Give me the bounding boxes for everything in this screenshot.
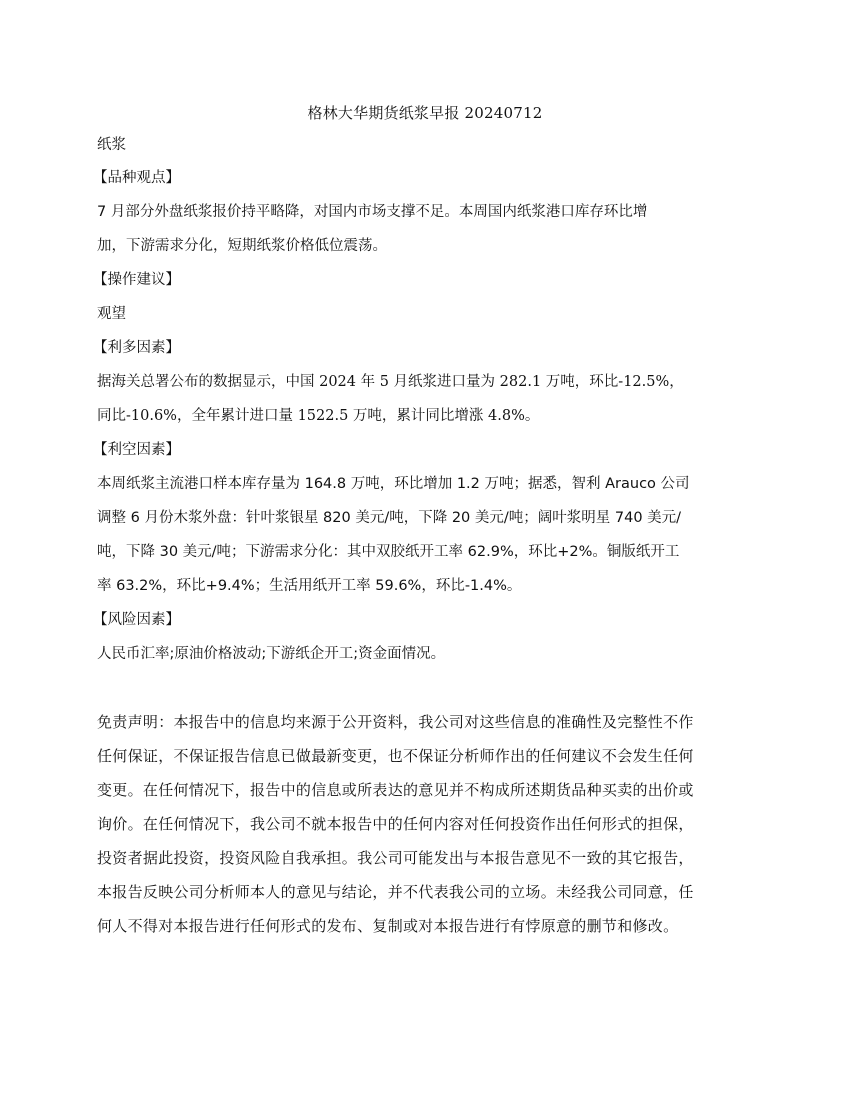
disclaimer-line-2: 任何保证，不保证报告信息已做最新变更，也不保证分析师作出的任何建议不会发生任何 <box>97 746 694 766</box>
commodity-label: 纸浆 <box>97 135 126 155</box>
section-heading-bearish: 【利空因素】 <box>93 440 180 460</box>
section-heading-advice: 【操作建议】 <box>93 270 180 290</box>
bearish-text-line-3: 吨，下降 30 美元/吨；下游需求分化：其中双胶纸开工率 62.9%，环比+2%… <box>97 542 679 562</box>
report-title: 格林大华期货纸浆早报 20240712 <box>0 103 850 123</box>
document-page: 格林大华期货纸浆早报 20240712 纸浆 【品种观点】 7 月部分外盘纸浆报… <box>0 0 850 1100</box>
disclaimer-line-3: 变更。在任何情况下，报告中的信息或所表达的意见并不构成所述期货品种买卖的出价或 <box>97 780 694 800</box>
disclaimer-line-1: 免责声明：本报告中的信息均来源于公开资料，我公司对这些信息的准确性及完整性不作 <box>97 712 694 732</box>
risk-text: 人民币汇率;原油价格波动;下游纸企开工;资金面情况。 <box>97 644 445 664</box>
bearish-text-line-4: 率 63.2%，环比+9.4%；生活用纸开工率 59.6%，环比-1.4%。 <box>97 576 521 596</box>
section-heading-view: 【品种观点】 <box>93 168 180 188</box>
disclaimer-line-7: 何人不得对本报告进行任何形式的发布、复制或对本报告进行有悖原意的删节和修改。 <box>97 916 678 936</box>
advice-text: 观望 <box>97 304 126 324</box>
disclaimer-line-4: 询价。在任何情况下，我公司不就本报告中的任何内容对任何投资作出任何形式的担保， <box>97 814 694 834</box>
section-heading-risk: 【风险因素】 <box>93 610 180 630</box>
view-text-line-1: 7 月部分外盘纸浆报价持平略降，对国内市场支撑不足。本周国内纸浆港口库存环比增 <box>97 202 647 222</box>
section-heading-bullish: 【利多因素】 <box>93 338 180 358</box>
disclaimer-line-5: 投资者据此投资，投资风险自我承担。我公司可能发出与本报告意见不一致的其它报告， <box>97 848 694 868</box>
bearish-text-line-2: 调整 6 月份木浆外盘：针叶浆银星 820 美元/吨，下降 20 美元/吨；阔叶… <box>97 508 681 528</box>
bullish-text-line-2: 同比-10.6%，全年累计进口量 1522.5 万吨，累计同比增涨 4.8%。 <box>97 406 539 426</box>
disclaimer-line-6: 本报告反映公司分析师本人的意见与结论，并不代表我公司的立场。未经我公司同意，任 <box>97 882 694 902</box>
bullish-text-line-1: 据海关总署公布的数据显示，中国 2024 年 5 月纸浆进口量为 282.1 万… <box>97 372 684 392</box>
view-text-line-2: 加，下游需求分化，短期纸浆价格低位震荡。 <box>97 236 387 256</box>
bearish-text-line-1: 本周纸浆主流港口样本库存量为 164.8 万吨，环比增加 1.2 万吨；据悉，智… <box>97 474 690 494</box>
